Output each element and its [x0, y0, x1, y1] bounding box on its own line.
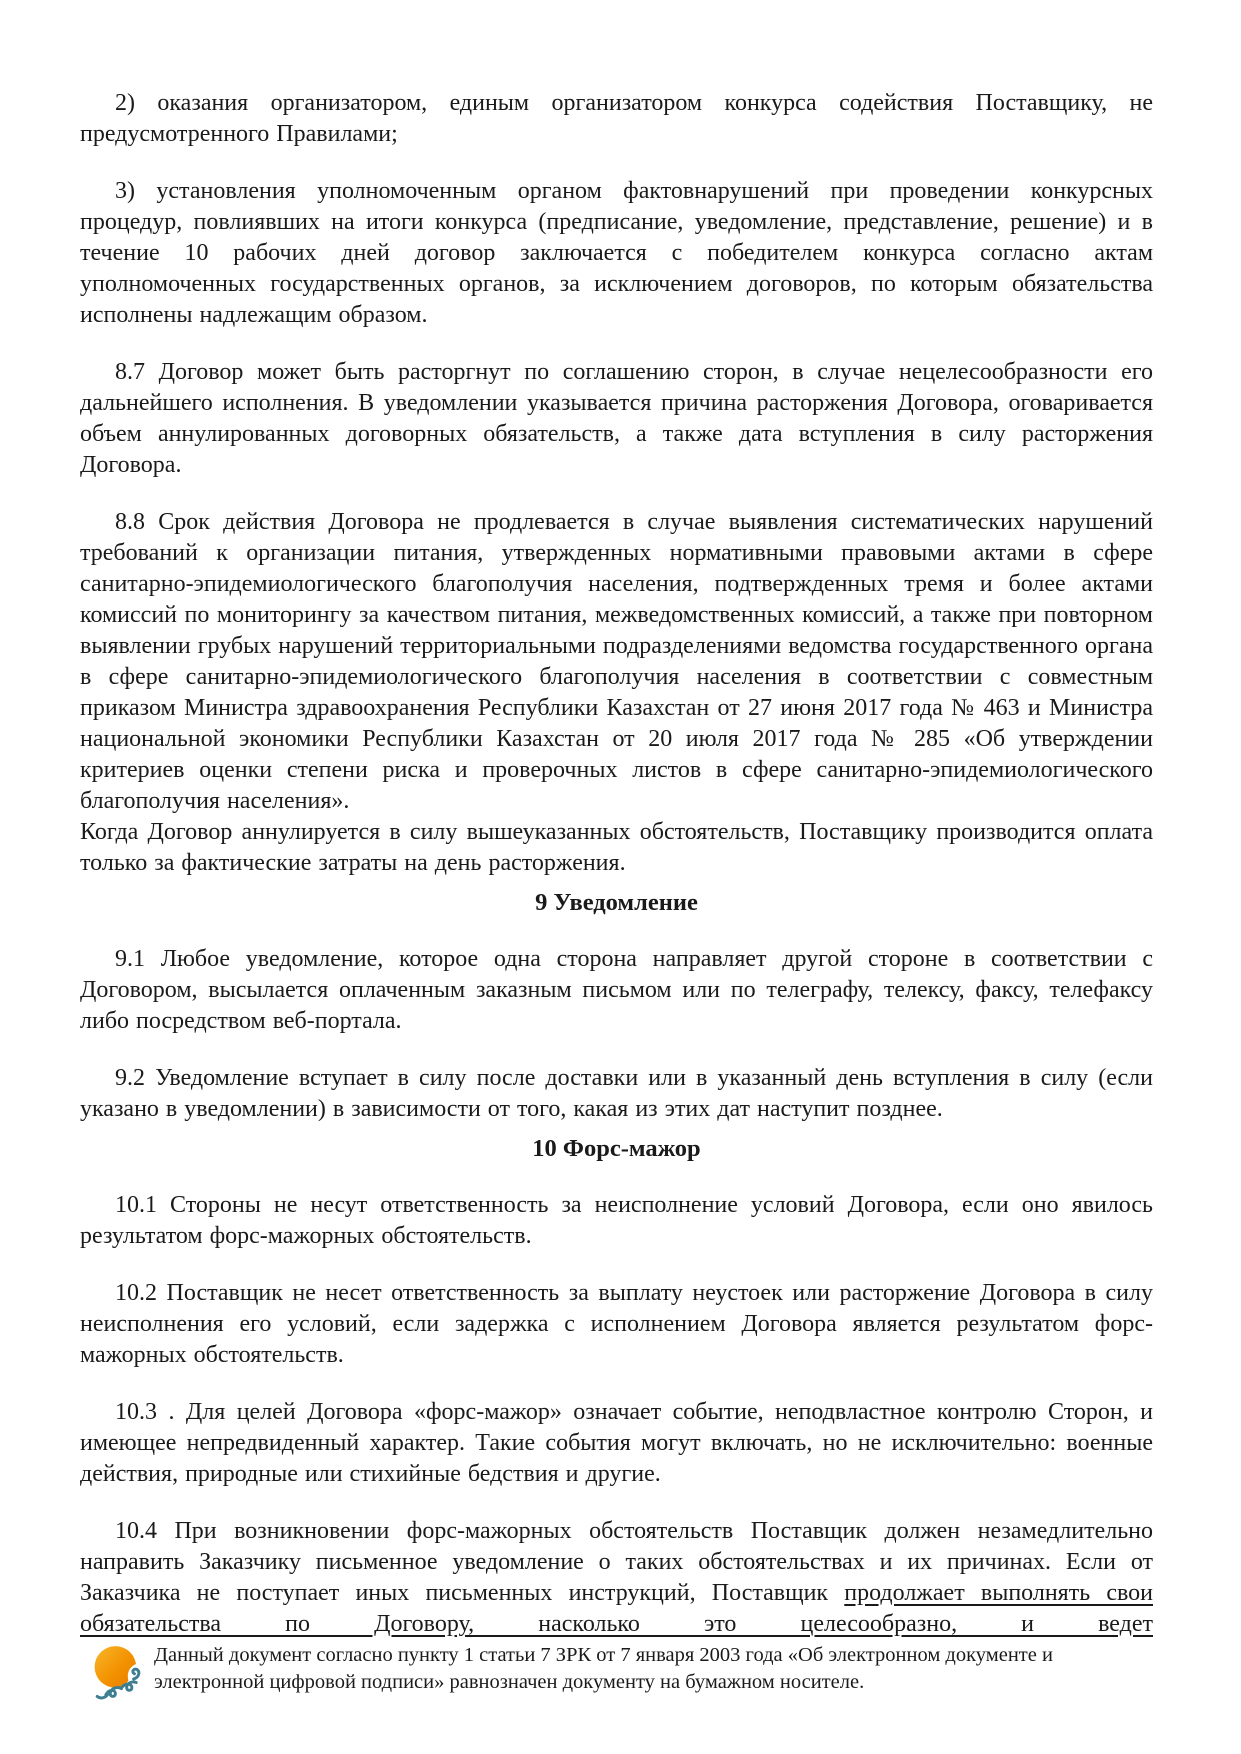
section-heading-10-force-majeure: 10 Форс-мажор [80, 1133, 1153, 1164]
document-page: 2) оказания организатором, единым органи… [0, 0, 1241, 1754]
paragraph-10-4: 10.4 При возникновении форс-мажорных обс… [80, 1516, 1153, 1640]
esign-footer: Данный документ согласно пункту 1 статьи… [80, 1642, 1153, 1702]
paragraph-10-3: 10.3 . Для целей Договора «форс-мажор» о… [80, 1397, 1153, 1490]
paragraph-8-8: 8.8 Срок действия Договора не продлевает… [80, 507, 1153, 817]
paragraph-item-2: 2) оказания организатором, единым органи… [80, 88, 1153, 150]
paragraph-9-2: 9.2 Уведомление вступает в силу после до… [80, 1063, 1153, 1125]
paragraph-8-8-note: Когда Договор аннулируется в силу вышеук… [80, 817, 1153, 879]
paragraph-10-2: 10.2 Поставщик не несет ответственность … [80, 1278, 1153, 1371]
paragraph-9-1: 9.1 Любое уведомление, которое одна стор… [80, 944, 1153, 1037]
paragraph-item-3: 3) установления уполномоченным органом ф… [80, 176, 1153, 331]
footer-esign-note: Данный документ согласно пункту 1 статьи… [154, 1642, 1062, 1696]
paragraph-10-1: 10.1 Стороны не несут ответственность за… [80, 1190, 1153, 1252]
egov-stamp-icon [92, 1644, 144, 1702]
section-heading-9-notification: 9 Уведомление [80, 887, 1153, 918]
paragraph-8-7: 8.7 Договор может быть расторгнут по сог… [80, 357, 1153, 481]
